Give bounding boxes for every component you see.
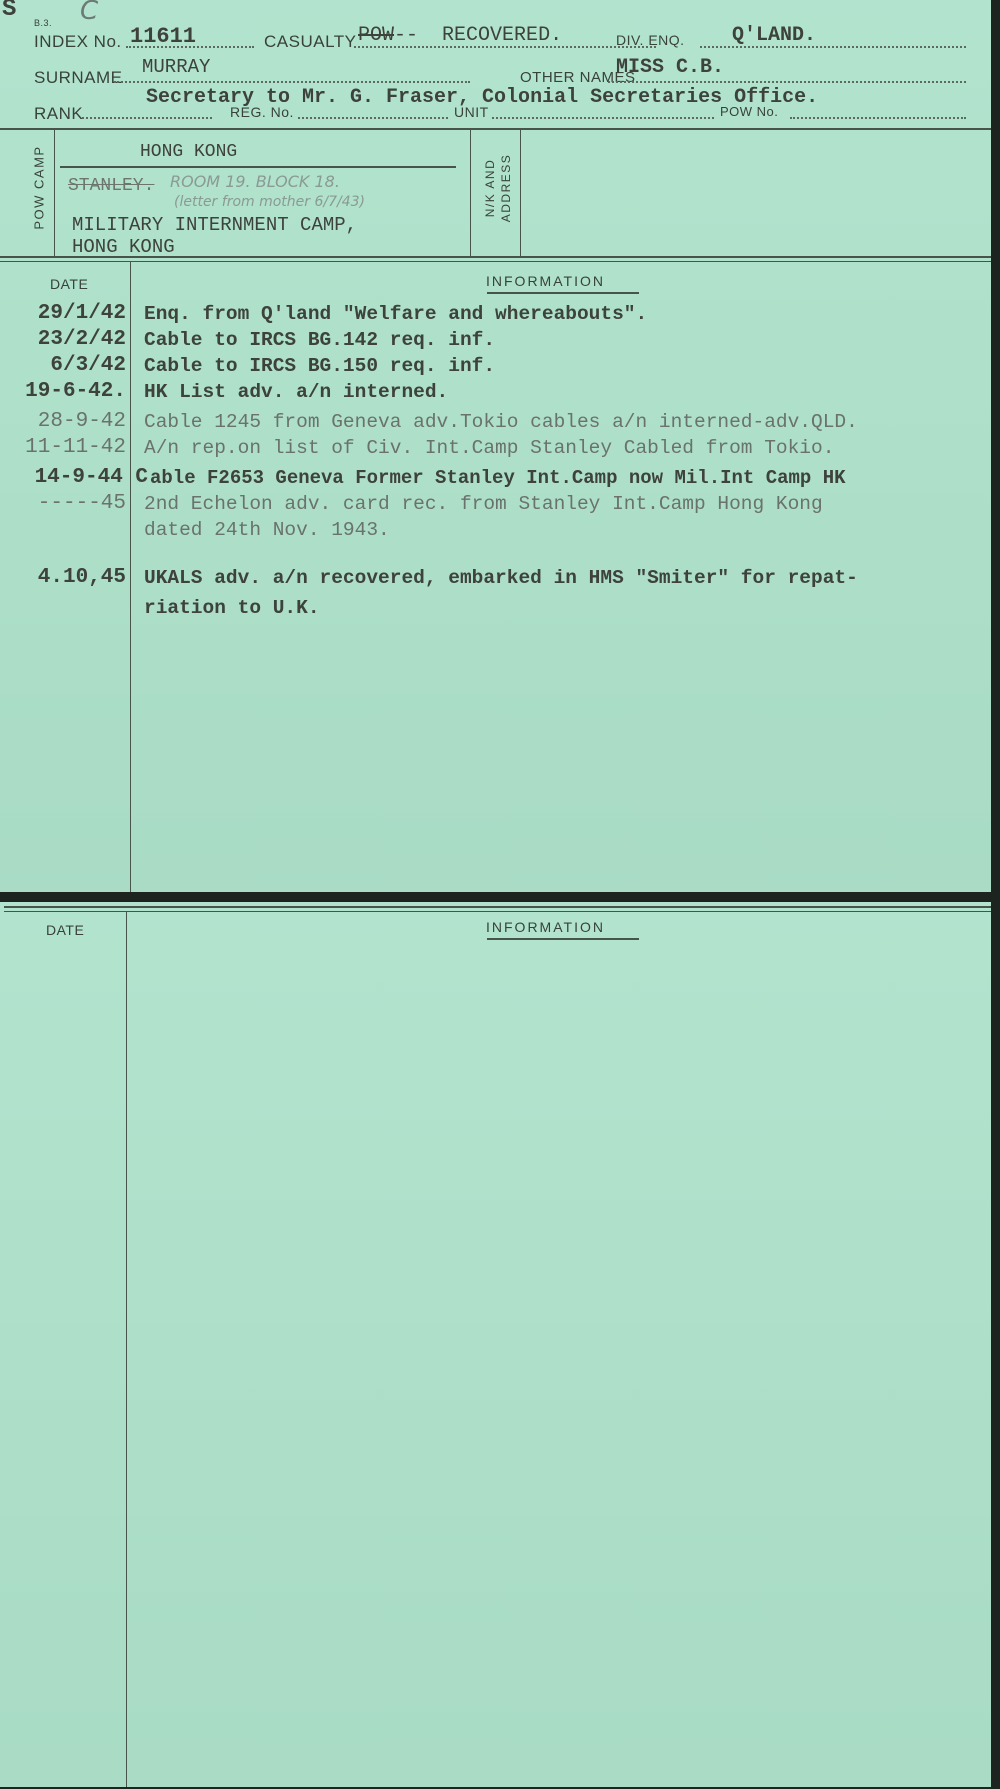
other-names-value: MISS C.B. — [616, 56, 724, 79]
camp-line1: HONG KONG — [140, 142, 237, 162]
back-information-header: INFORMATION — [486, 919, 605, 935]
back-top-rule-2 — [4, 911, 991, 912]
other-names-dots — [608, 81, 966, 83]
occupation-value: Secretary to Mr. G. Fraser, Colonial Sec… — [146, 86, 818, 109]
date-column-rule — [130, 262, 131, 892]
entry-text: UKALS adv. a/n recovered, embarked in HM… — [144, 567, 858, 589]
camp-handwritten-line2: (letter from mother 6/7/43) — [174, 194, 365, 210]
entry-date: 11-11-42 — [0, 436, 126, 459]
casualty-dashes: -- — [394, 24, 418, 47]
information-header: INFORMATION — [486, 273, 605, 289]
nk-address-label: N/K AND ADDRESS — [482, 138, 514, 238]
entry-date: 23/2/42 — [0, 328, 126, 351]
handwritten-mark: C — [80, 0, 98, 26]
entry-text: HK List adv. a/n interned. — [144, 381, 448, 403]
surname-dots — [114, 81, 470, 83]
camp-line1-rule — [60, 166, 456, 168]
entry-date: 14-9-44 C — [0, 466, 148, 489]
corner-mark: S — [2, 0, 16, 23]
form-code: B.3. — [34, 18, 52, 28]
index-card-front: S B.3. C INDEX No. 11611 CASUALTY POW-- … — [0, 0, 991, 892]
info-top-rule-1 — [0, 256, 991, 258]
entry-date: 6/3/42 — [0, 354, 126, 377]
entry-text: Cable to IRCS BG.142 req. inf. — [144, 329, 495, 351]
back-date-header: DATE — [46, 922, 84, 938]
surname-label: SURNAME — [34, 68, 123, 88]
camp-mid-rule — [470, 130, 471, 258]
nk-address-line2: ADDRESS — [498, 138, 514, 238]
information-underline — [487, 292, 639, 294]
index-no-value: 11611 — [130, 24, 196, 49]
camp-line4: HONG KONG — [72, 236, 175, 258]
camp-line3: MILITARY INTERNMENT CAMP, — [72, 214, 357, 236]
entry-text: dated 24th Nov. 1943. — [144, 519, 390, 541]
entry-text: Cable 1245 from Geneva adv.Tokio cables … — [144, 411, 858, 433]
rank-dots — [82, 117, 212, 119]
entry-text: Enq. from Q'land "Welfare and whereabout… — [144, 303, 647, 325]
div-enq-value: Q'LAND. — [732, 24, 816, 47]
entry-date: 28-9-42 — [0, 410, 126, 433]
casualty-struck: POW — [358, 24, 394, 47]
entry-text: able F2653 Geneva Former Stanley Int.Cam… — [150, 467, 846, 489]
surname-value: MURRAY — [142, 56, 210, 78]
casualty-status: RECOVERED. — [442, 24, 562, 47]
camp-addr-rule — [520, 130, 521, 258]
pow-no-dots — [790, 117, 966, 119]
back-top-rule-1 — [4, 906, 991, 908]
casualty-value: POW-- RECOVERED. — [358, 24, 562, 47]
pow-camp-label: POW CAMP — [32, 143, 47, 233]
back-date-column-rule — [126, 912, 127, 1787]
entry-text: riation to U.K. — [144, 597, 320, 619]
entry-date: -----45 — [0, 492, 126, 515]
entry-date: 4.10,45 — [0, 566, 126, 589]
index-no-label: INDEX No. — [34, 32, 122, 52]
entry-date: 19-6-42. — [0, 380, 126, 403]
entry-text: Cable to IRCS BG.150 req. inf. — [144, 355, 495, 377]
entry-text: 2nd Echelon adv. card rec. from Stanley … — [144, 493, 823, 515]
rank-label: RANK — [34, 104, 83, 124]
back-information-underline — [487, 938, 639, 940]
nk-address-line1: N/K AND — [482, 138, 498, 238]
div-enq-label: DIV. ENQ. — [616, 32, 685, 48]
camp-left-rule — [54, 130, 55, 258]
casualty-label: CASUALTY — [264, 32, 357, 52]
reg-no-dots — [298, 117, 448, 119]
entry-text: A/n rep.on list of Civ. Int.Camp Stanley… — [144, 437, 834, 459]
camp-handwritten-line1: ROOM 19. BLOCK 18. — [170, 172, 340, 191]
entry-date: 29/1/42 — [0, 302, 126, 325]
index-card-back: DATE INFORMATION — [0, 902, 991, 1787]
camp-top-rule — [0, 128, 991, 130]
camp-line2-struck: STANLEY. — [68, 176, 154, 196]
unit-dots — [492, 117, 714, 119]
date-header: DATE — [50, 276, 88, 292]
info-top-rule-2 — [0, 261, 991, 262]
